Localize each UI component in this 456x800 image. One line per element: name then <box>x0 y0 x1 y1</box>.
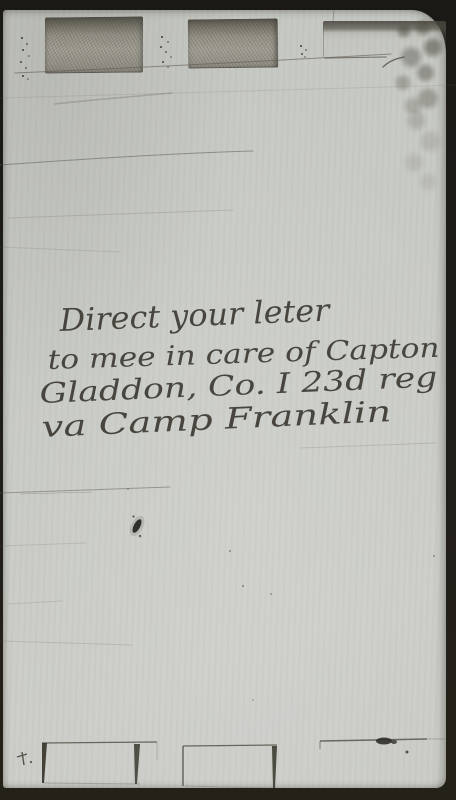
ink-offset-outlines-bottom <box>17 738 445 789</box>
scanned-letter-page: Direct your leter to mee in care of Capt… <box>0 0 456 800</box>
handwriting-line-1: Direct your leter <box>58 293 332 339</box>
paper-spots <box>127 488 435 701</box>
page-artwork-overlay: Direct your leter to mee in care of Capt… <box>0 0 456 800</box>
ink-blot <box>127 513 148 538</box>
handwriting: Direct your leter to mee in care of Capt… <box>39 293 440 444</box>
